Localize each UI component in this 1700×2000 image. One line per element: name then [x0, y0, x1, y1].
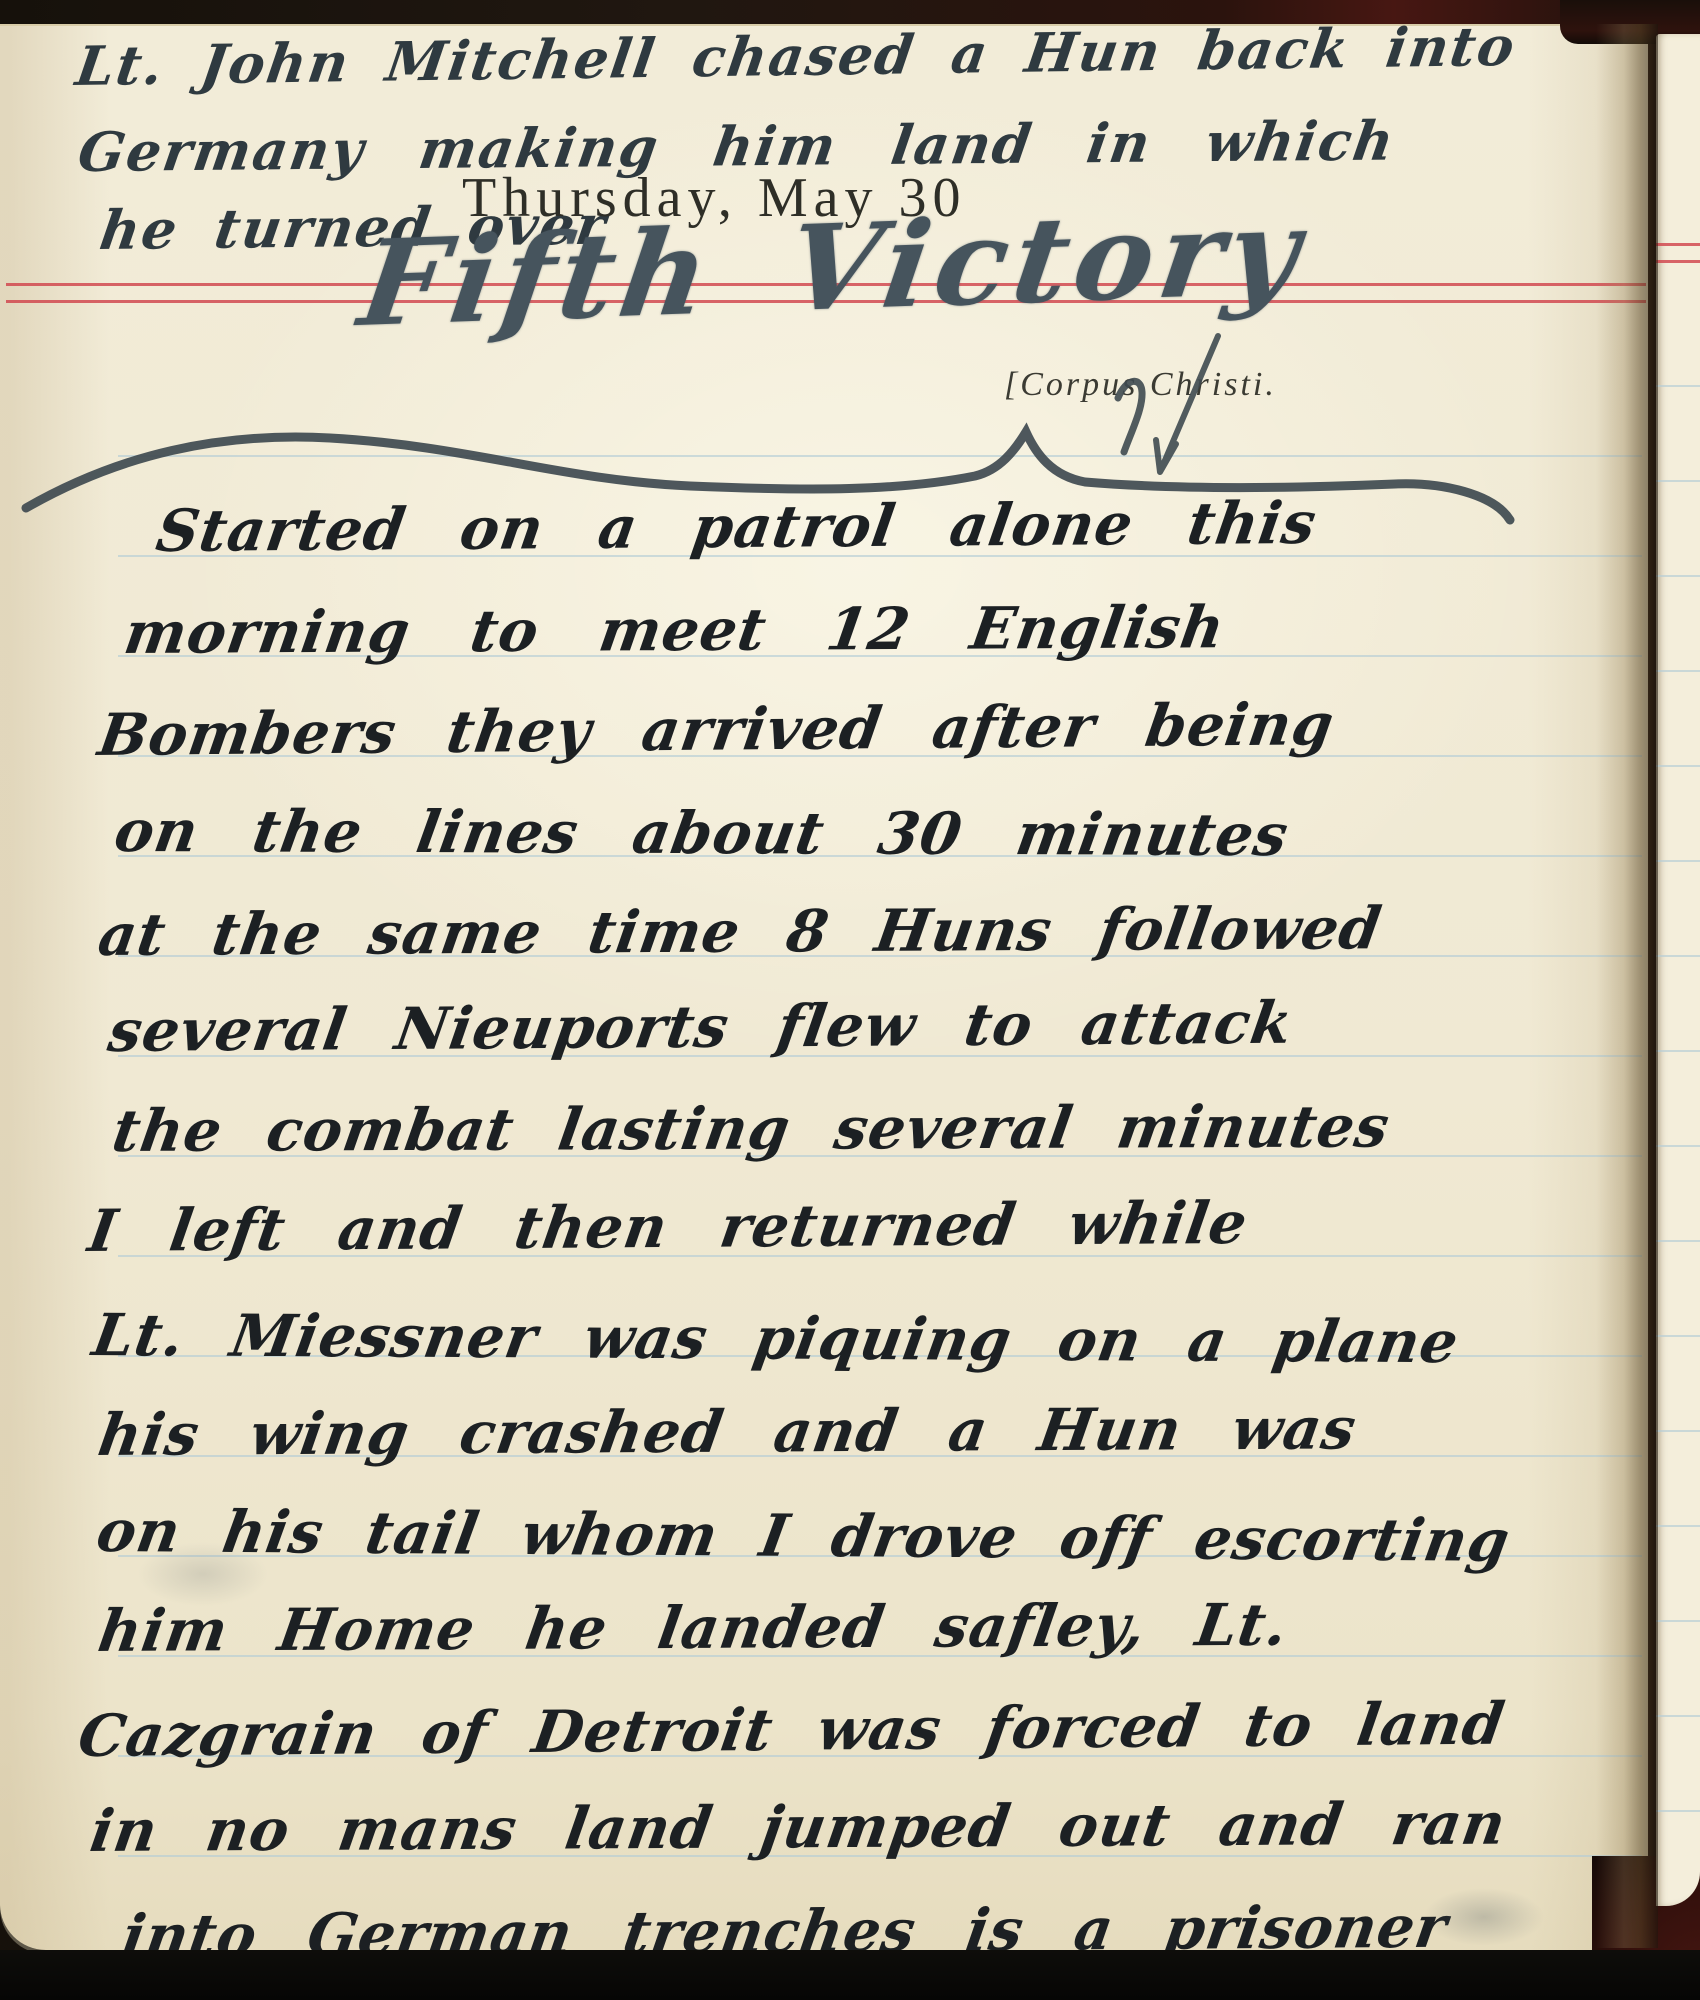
page-edge-stack: [0, 26, 54, 1950]
entry-line: at the same time 8 Huns followed: [94, 894, 1386, 969]
gutter-shadow: [1596, 24, 1658, 1948]
blue-rule-line: [1656, 1145, 1700, 1147]
diary-page-photo: Lt. John Mitchell chased a Hun back into…: [0, 0, 1700, 2000]
entry-line: several Nieuports flew to attack: [104, 989, 1298, 1065]
entry-line: his wing crashed and a Hun was: [94, 1394, 1361, 1469]
entry-line: Bombers they arrived after being: [94, 690, 1339, 769]
blue-rule-line: [1656, 860, 1700, 862]
printed-holiday-label: [Corpus Christi.: [1004, 366, 1277, 404]
arrow-mark: [1156, 336, 1218, 472]
red-rule-line: [1656, 243, 1700, 246]
diary-page: Lt. John Mitchell chased a Hun back into…: [0, 24, 1648, 1950]
entry-line: on the lines about 30 minutes: [110, 797, 1293, 869]
blue-rule-line: [1656, 1335, 1700, 1337]
binding-edge-bottom: [0, 1950, 1700, 2000]
entry-line: the combat lasting several minutes: [108, 1093, 1394, 1165]
blue-rule-line: [118, 455, 1642, 457]
blue-rule-line: [1656, 385, 1700, 387]
entry-line: morning to meet 12 English: [120, 593, 1230, 667]
blue-rule-line: [1656, 1430, 1700, 1432]
blue-rule-line: [1656, 1050, 1700, 1052]
blue-rule-line: [1656, 1715, 1700, 1717]
blue-rule-line: [1656, 480, 1700, 482]
blue-rule-line: [1656, 765, 1700, 767]
entry-line: I left and then returned while: [84, 1189, 1252, 1265]
blue-rule-line: [1656, 1810, 1700, 1812]
entry-line: in no mans land jumped out and ran: [86, 1790, 1511, 1865]
blue-rule-line: [1656, 1240, 1700, 1242]
entry-line: Started on a patrol alone this: [152, 489, 1321, 565]
entry-line: Cazgrain of Detroit was forced to land: [74, 1690, 1509, 1770]
red-rule-line: [1656, 260, 1700, 263]
blue-rule-line: [1656, 1525, 1700, 1527]
blue-rule-line: [1656, 1620, 1700, 1622]
continuation-note-line: Lt. John Mitchell chased a Hun back into: [72, 14, 1520, 98]
ink-smudge: [138, 1542, 268, 1606]
blue-rule-line: [1656, 670, 1700, 672]
next-page-edge: [1656, 34, 1700, 1906]
entry-line: Lt. Miessner was piquing on a plane: [88, 1301, 1464, 1376]
entry-line: on his tail whom I drove off escorting: [92, 1497, 1515, 1575]
entry-line: him Home he landed safley, Lt.: [94, 1591, 1293, 1665]
ink-smudge: [1424, 1888, 1544, 1946]
blue-rule-line: [1656, 955, 1700, 957]
blue-rule-line: [1656, 575, 1700, 577]
